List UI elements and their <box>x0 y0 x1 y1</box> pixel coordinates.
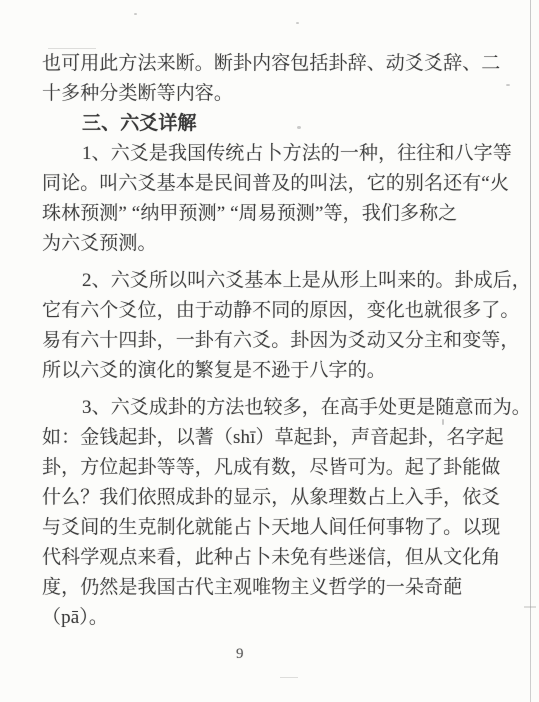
scan-speck <box>442 419 444 425</box>
text-line: 卦，方位起卦等等，凡成有数，尽皆可为。起了卦能做 <box>42 453 512 483</box>
paragraph-2-start: 2、六爻所以叫六爻基本上是从形上叫来的。卦成后， <box>42 266 512 296</box>
scan-speck <box>506 84 510 86</box>
text-line: 也可用此方法来断。断卦内容包括卦辞、动爻爻辞、二 <box>42 49 512 79</box>
scan-edge-line <box>530 0 531 702</box>
text-line: 十多种分类断等内容。 <box>42 79 512 109</box>
text-line: 什么？我们依照成卦的显示，从象理数占上入手，依爻 <box>42 483 512 513</box>
text-line: 如：金钱起卦，以蓍（shī）草起卦，声音起卦，名字起 <box>42 423 512 453</box>
scanned-book-page: 也可用此方法来断。断卦内容包括卦辞、动爻爻辞、二 十多种分类断等内容。 三、六爻… <box>0 0 539 702</box>
text-line: 珠林预测” “纳甲预测” “周易预测”等，我们多称之 <box>42 199 512 229</box>
page-text-block: 也可用此方法来断。断卦内容包括卦辞、动爻爻辞、二 十多种分类断等内容。 三、六爻… <box>42 49 512 633</box>
text-line: 与爻间的生克制化就能占卜天地人间任何事物了。以现 <box>42 513 512 543</box>
paragraph-1-start: 1、六爻是我国传统占卜方法的一种，往往和八字等 <box>42 139 512 169</box>
text-line: 代科学观点来看，此种占卜未免有些迷信，但从文化角 <box>42 543 512 573</box>
text-line: 它有六个爻位，由于动静不同的原因，变化也就很多了。 <box>42 296 512 326</box>
text-line: 度，仍然是我国古代主观唯物主义哲学的一朵奇葩 <box>42 573 512 603</box>
text-line: 为六爻预测。 <box>42 229 512 259</box>
scan-smudge <box>48 48 96 49</box>
text-line: （pā）。 <box>42 603 512 633</box>
scan-speck <box>134 13 137 15</box>
scan-smudge <box>280 677 298 678</box>
text-line: 易有六十四卦，一卦有六爻。卦因为爻动又分主和变等， <box>42 326 512 356</box>
scan-speck <box>296 22 299 24</box>
text-line: 所以六爻的演化的繁复是不逊于八字的。 <box>42 356 512 386</box>
section-heading: 三、六爻详解 <box>42 109 512 139</box>
page-number: 9 <box>236 646 244 663</box>
scan-speck <box>297 126 301 129</box>
text-line: 同论。叫六爻基本是民间普及的叫法，它的别名还有“火 <box>42 169 512 199</box>
scan-smudge <box>524 606 536 608</box>
